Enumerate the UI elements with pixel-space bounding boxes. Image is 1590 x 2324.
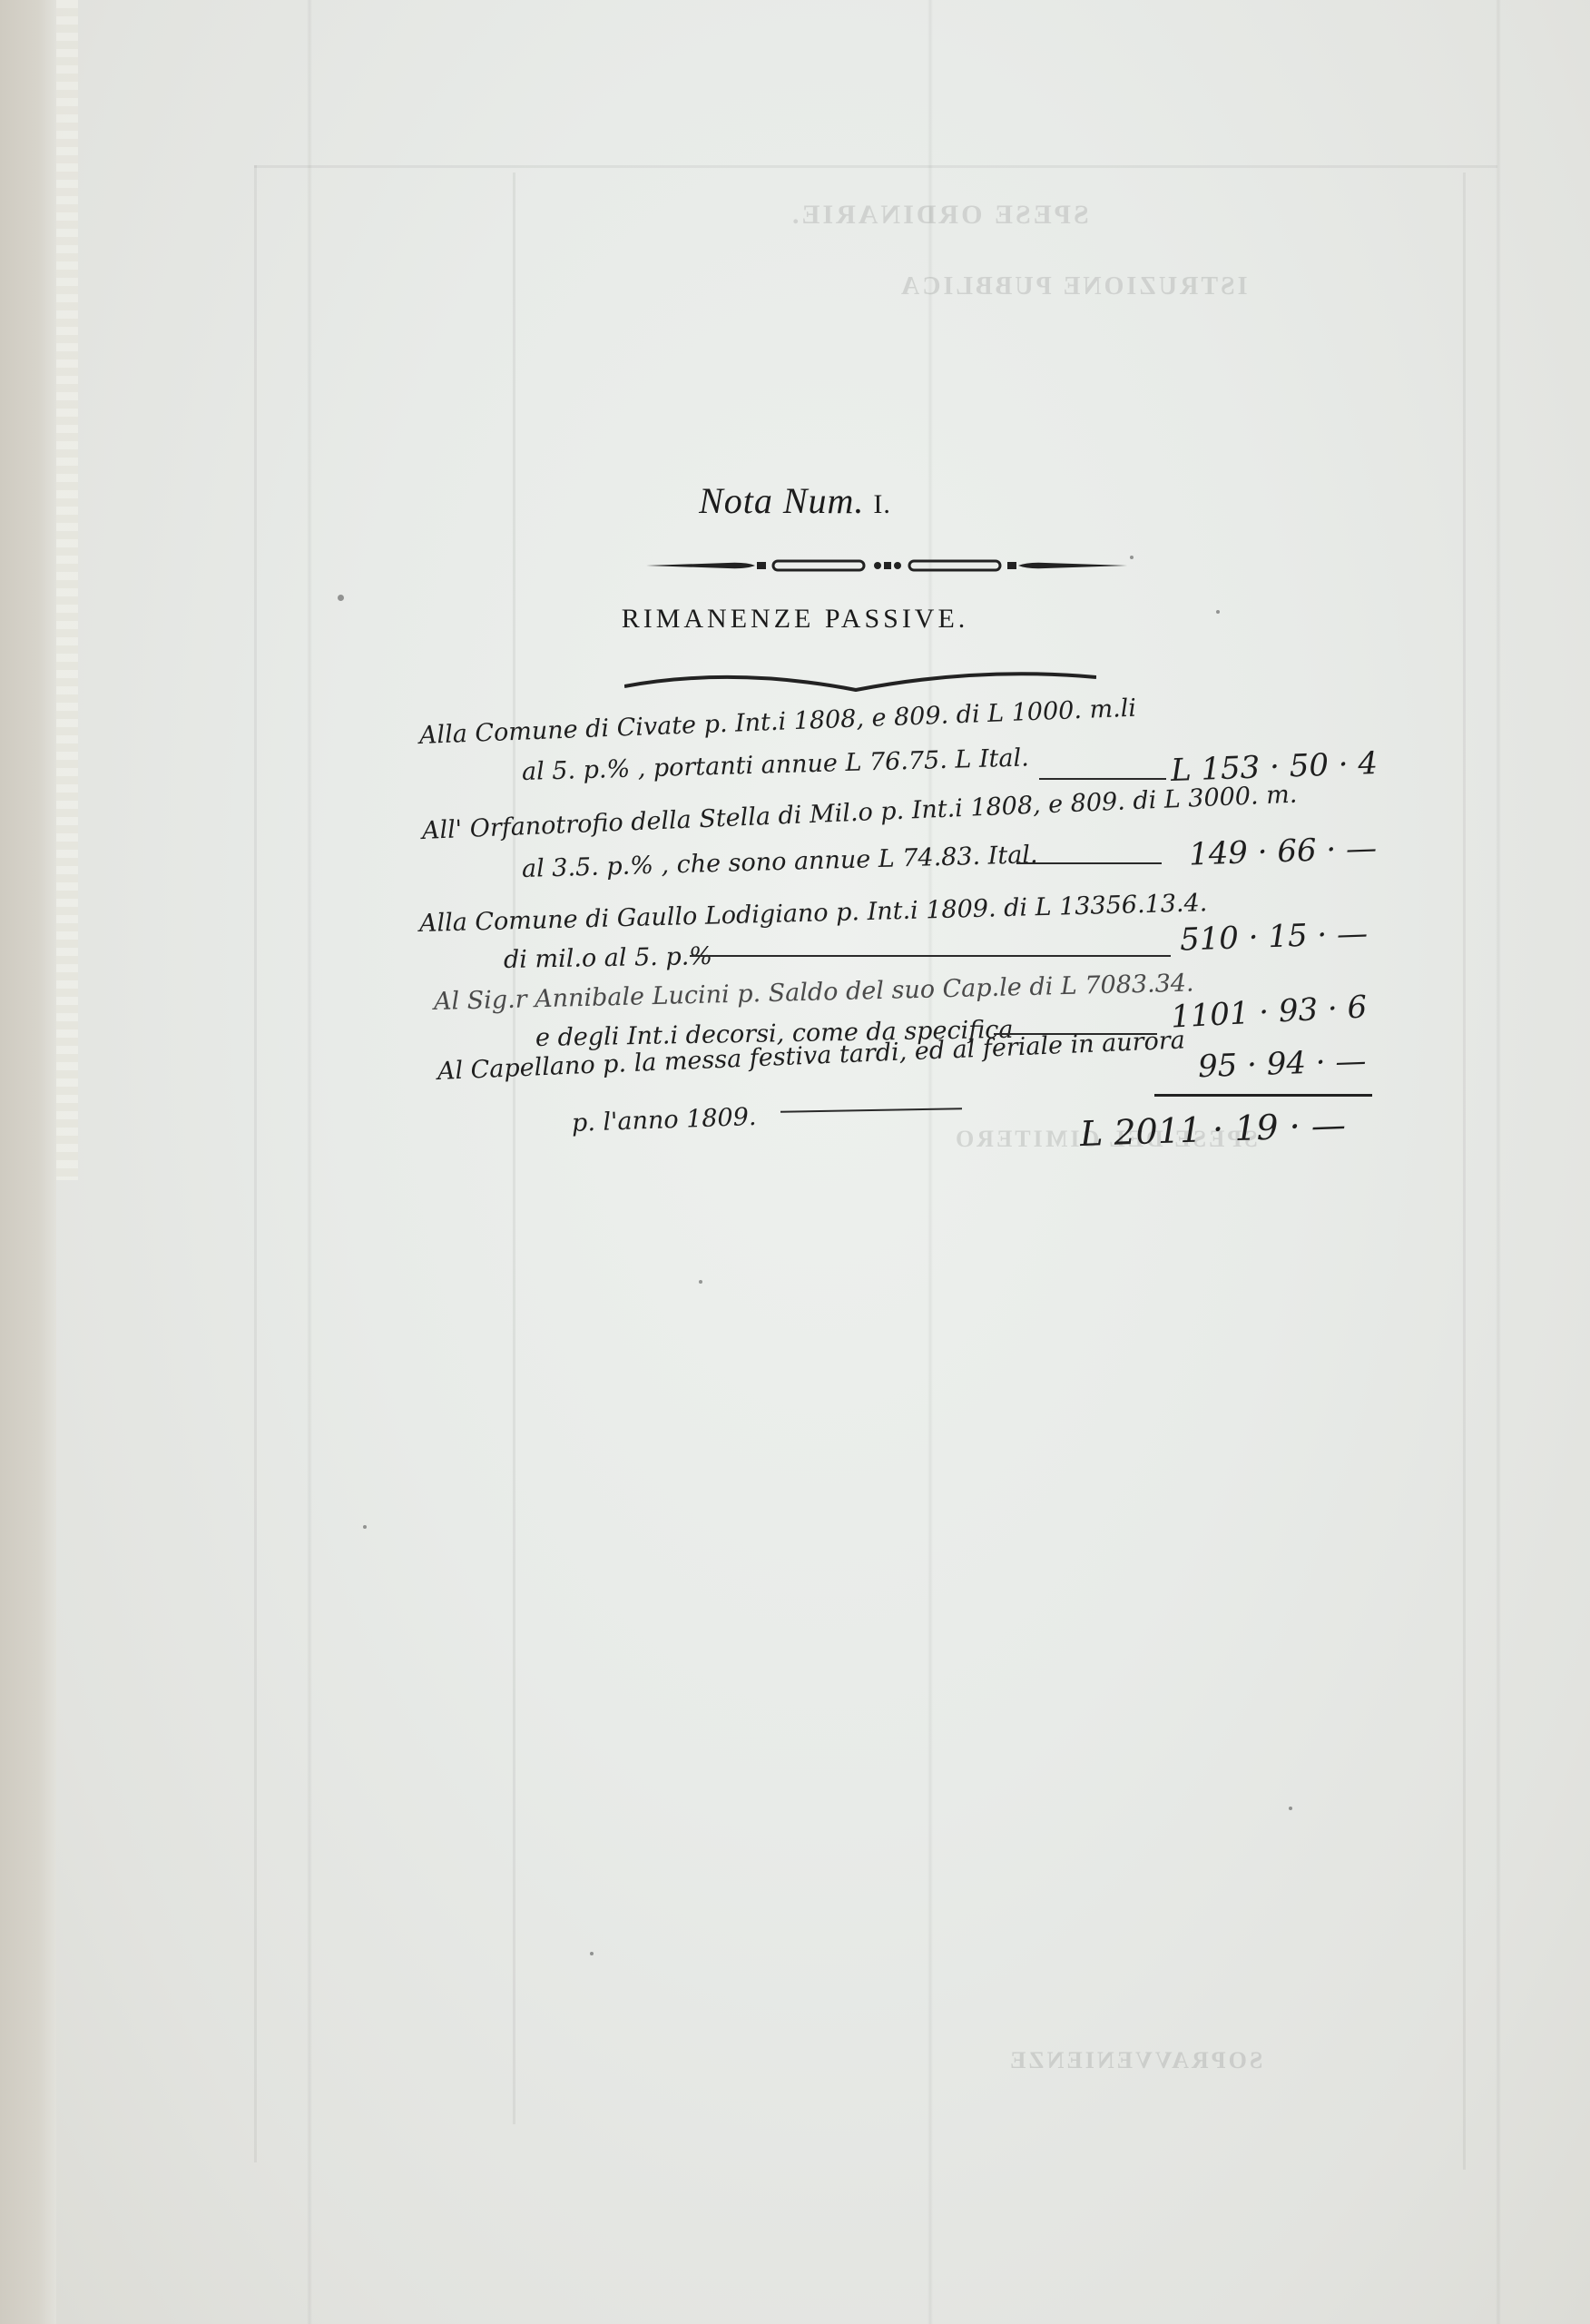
paper-speck [590, 1952, 594, 1955]
entry-3-amount: 510 · 15 · — [1179, 915, 1368, 958]
paper-speck [699, 1280, 702, 1284]
paper-speck [363, 1525, 367, 1529]
entry-5-amount: 95 · 94 · — [1197, 1043, 1367, 1085]
heading-number: I. [873, 489, 891, 519]
bleed-through-rule [254, 165, 257, 2162]
fold-line [1496, 0, 1501, 2324]
document-subheading: RIMANENZE PASSIVE. [0, 604, 1590, 635]
paper-speck [1130, 556, 1134, 559]
entry-3-line-2: di mil.o al 5. p.% [504, 942, 712, 974]
leader-line [1039, 778, 1166, 780]
paper-speck [1289, 1807, 1292, 1810]
fold-line [927, 0, 933, 2324]
bleed-through-rule [254, 165, 1497, 168]
heading-label: Nota Num. [699, 480, 864, 521]
bleed-through-text: SPESE ORDINARIE. [790, 200, 1089, 231]
torn-left-edge [56, 0, 78, 1180]
bleed-through-rule [513, 172, 515, 2124]
total-rule [1154, 1094, 1372, 1097]
ornamental-rule-icon [646, 556, 1127, 576]
paper-speck [338, 595, 344, 601]
entry-2-amount: 149 · 66 · — [1188, 830, 1377, 872]
bleed-through-rule [1463, 172, 1466, 2170]
paper-margin-left [0, 0, 64, 2324]
paper-sheet [56, 0, 1590, 2324]
brace-ornament-icon [624, 668, 1096, 695]
leader-line [1016, 862, 1162, 864]
document-heading: Nota Num.I. [0, 479, 1590, 522]
fold-line [307, 0, 312, 2324]
bleed-through-text: SOPRAVVENIENZE [1007, 2047, 1262, 2074]
bleed-through-text: ISTRUZIONE PUBBLICA [898, 272, 1248, 301]
leader-line [690, 955, 1171, 957]
